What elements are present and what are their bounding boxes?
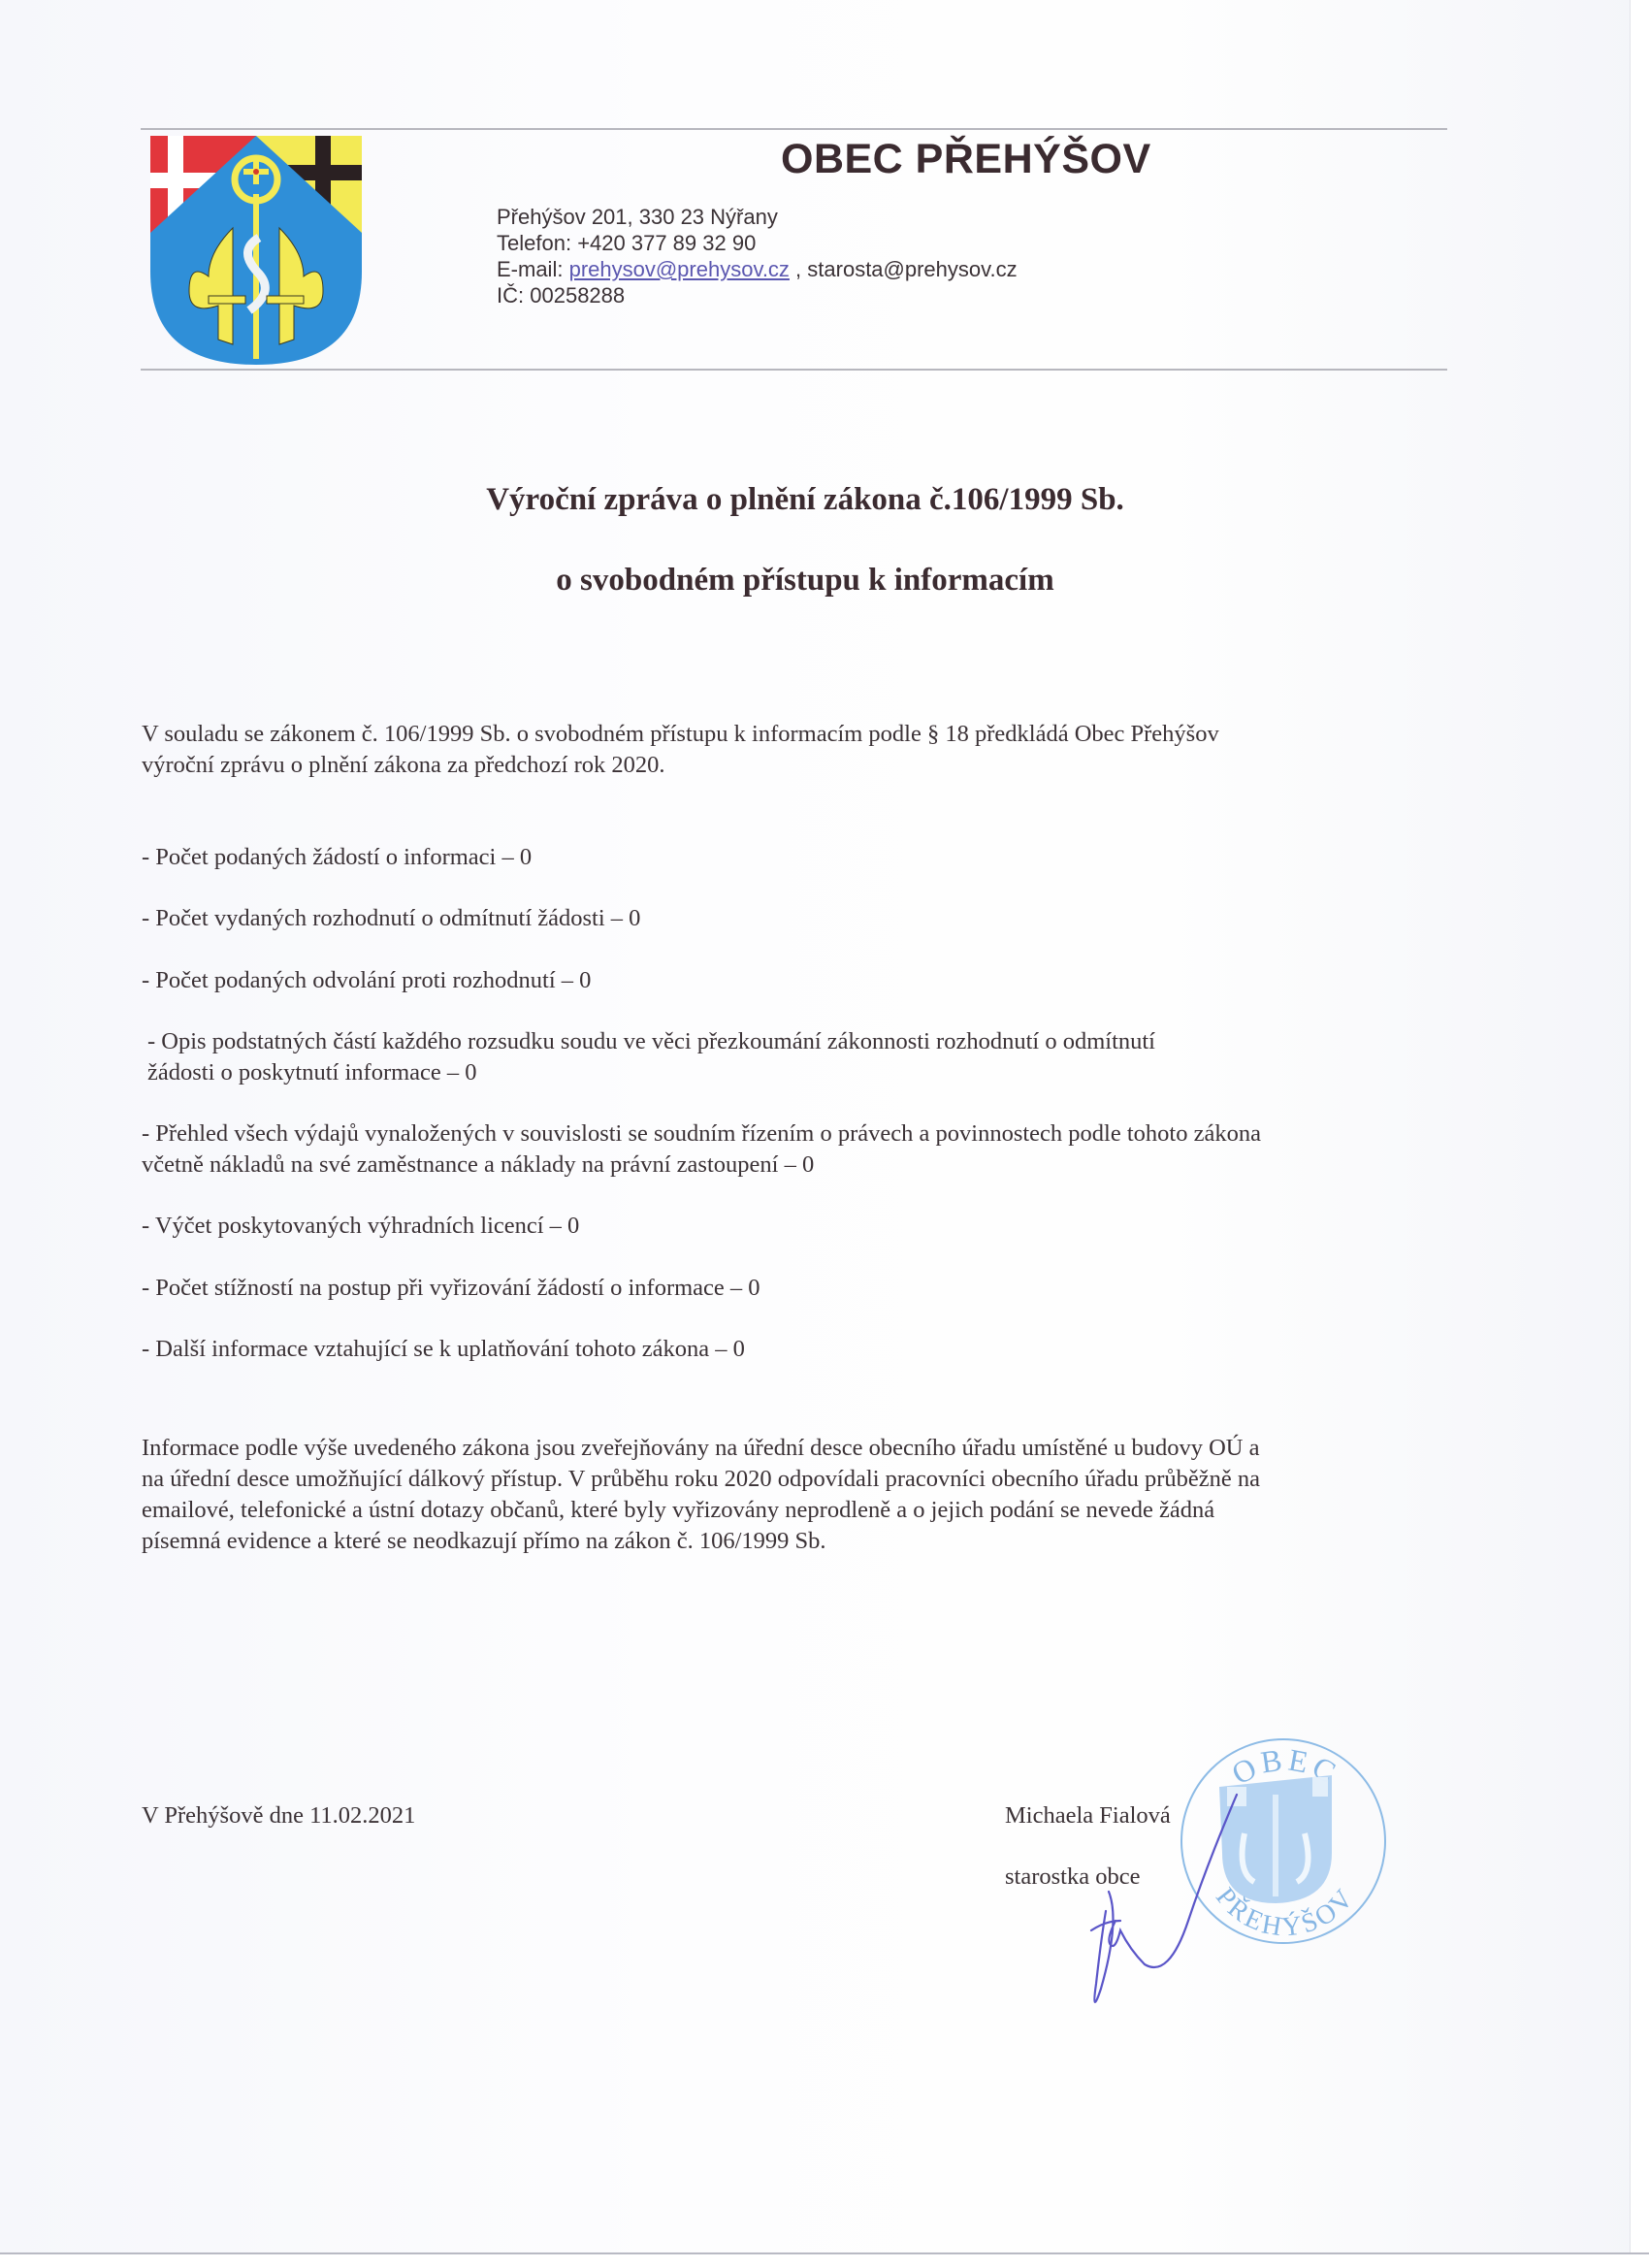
closing-line: emailové, telefonické a ústní dotazy obč… bbox=[142, 1495, 1441, 1526]
handwritten-signature-icon bbox=[1062, 1775, 1256, 2018]
list-item: - Počet podaných žádostí o informaci – 0 bbox=[142, 842, 1441, 873]
list-item: - Výčet poskytovaných výhradních licencí… bbox=[142, 1211, 1441, 1242]
document-subtitle: o svobodném přístupu k informacím bbox=[0, 563, 1630, 599]
intro-line: V souladu se zákonem č. 106/1999 Sb. o s… bbox=[142, 719, 1441, 750]
list-item: - Přehled všech výdajů vynaložených v so… bbox=[142, 1118, 1441, 1181]
phone-label: Telefon: bbox=[497, 231, 571, 255]
list-item-text: - Počet podaných odvolání proti rozhodnu… bbox=[142, 967, 591, 993]
intro-line: výroční zprávu o plnění zákona za předch… bbox=[142, 750, 1441, 781]
address: Přehýšov 201, 330 23 Nýřany bbox=[497, 204, 1018, 230]
contact-block: Přehýšov 201, 330 23 Nýřany Telefon: +42… bbox=[497, 204, 1018, 308]
page-edge-right bbox=[1630, 0, 1649, 2252]
list-item: - Počet podaných odvolání proti rozhodnu… bbox=[142, 965, 1441, 996]
email-link-primary[interactable]: prehysov@prehysov.cz bbox=[569, 257, 790, 281]
header-rule-top bbox=[141, 128, 1447, 130]
list-item: - Počet vydaných rozhodnutí o odmítnutí … bbox=[142, 903, 1441, 934]
page-edge-bottom bbox=[0, 2252, 1649, 2268]
organization-name: OBEC PŘEHÝŠOV bbox=[781, 136, 1151, 183]
date-place-line: V Přehýšově dne 11.02.2021 bbox=[142, 1802, 415, 1830]
list-item-text: - Počet stížností na postup při vyřizová… bbox=[142, 1275, 760, 1301]
email-secondary: starosta@prehysov.cz bbox=[807, 257, 1017, 281]
intro-paragraph: V souladu se zákonem č. 106/1999 Sb. o s… bbox=[142, 719, 1441, 781]
list-item-text: - Výčet poskytovaných výhradních licencí… bbox=[142, 1213, 579, 1239]
ic-line: IČ: 00258288 bbox=[497, 282, 1018, 308]
list-item: - Další informace vztahující se k uplatň… bbox=[142, 1334, 1441, 1365]
closing-line: Informace podle výše uvedeného zákona js… bbox=[142, 1433, 1441, 1464]
list-item-text: - Opis podstatných částí každého rozsudk… bbox=[142, 1026, 1441, 1057]
list-item-text-continued: žádosti o poskytnutí informace – 0 bbox=[142, 1057, 1441, 1088]
closing-paragraph: Informace podle výše uvedeného zákona js… bbox=[142, 1433, 1441, 1557]
email-line: E-mail: prehysov@prehysov.cz , starosta@… bbox=[497, 256, 1018, 282]
ic-value: 00258288 bbox=[530, 283, 625, 308]
closing-line: písemná evidence a které se neodkazují p… bbox=[142, 1526, 1441, 1557]
document-title: Výroční zpráva o plnění zákona č.106/199… bbox=[0, 482, 1630, 518]
closing-line: na úřední desce umožňující dálkový příst… bbox=[142, 1464, 1441, 1495]
email-label: E-mail: bbox=[497, 257, 563, 281]
list-item-text: - Počet vydaných rozhodnutí o odmítnutí … bbox=[142, 905, 640, 931]
coat-of-arms-icon bbox=[150, 136, 362, 365]
list-item: - Počet stížností na postup při vyřizová… bbox=[142, 1273, 1441, 1304]
list-item-text: - Přehled všech výdajů vynaložených v so… bbox=[142, 1118, 1441, 1150]
list-item-text: - Další informace vztahující se k uplatň… bbox=[142, 1336, 745, 1362]
header-rule-bottom bbox=[141, 369, 1447, 371]
list-item-text: - Počet podaných žádostí o informaci – 0 bbox=[142, 844, 532, 870]
phone-number: +420 377 89 32 90 bbox=[577, 231, 756, 255]
list-item: - Opis podstatných částí každého rozsudk… bbox=[142, 1026, 1441, 1088]
email-separator: , bbox=[790, 257, 807, 281]
phone-line: Telefon: +420 377 89 32 90 bbox=[497, 230, 1018, 256]
ic-label: IČ: bbox=[497, 283, 524, 308]
list-item-text-continued: včetně nákladů na své zaměstnance a nákl… bbox=[142, 1150, 1441, 1181]
